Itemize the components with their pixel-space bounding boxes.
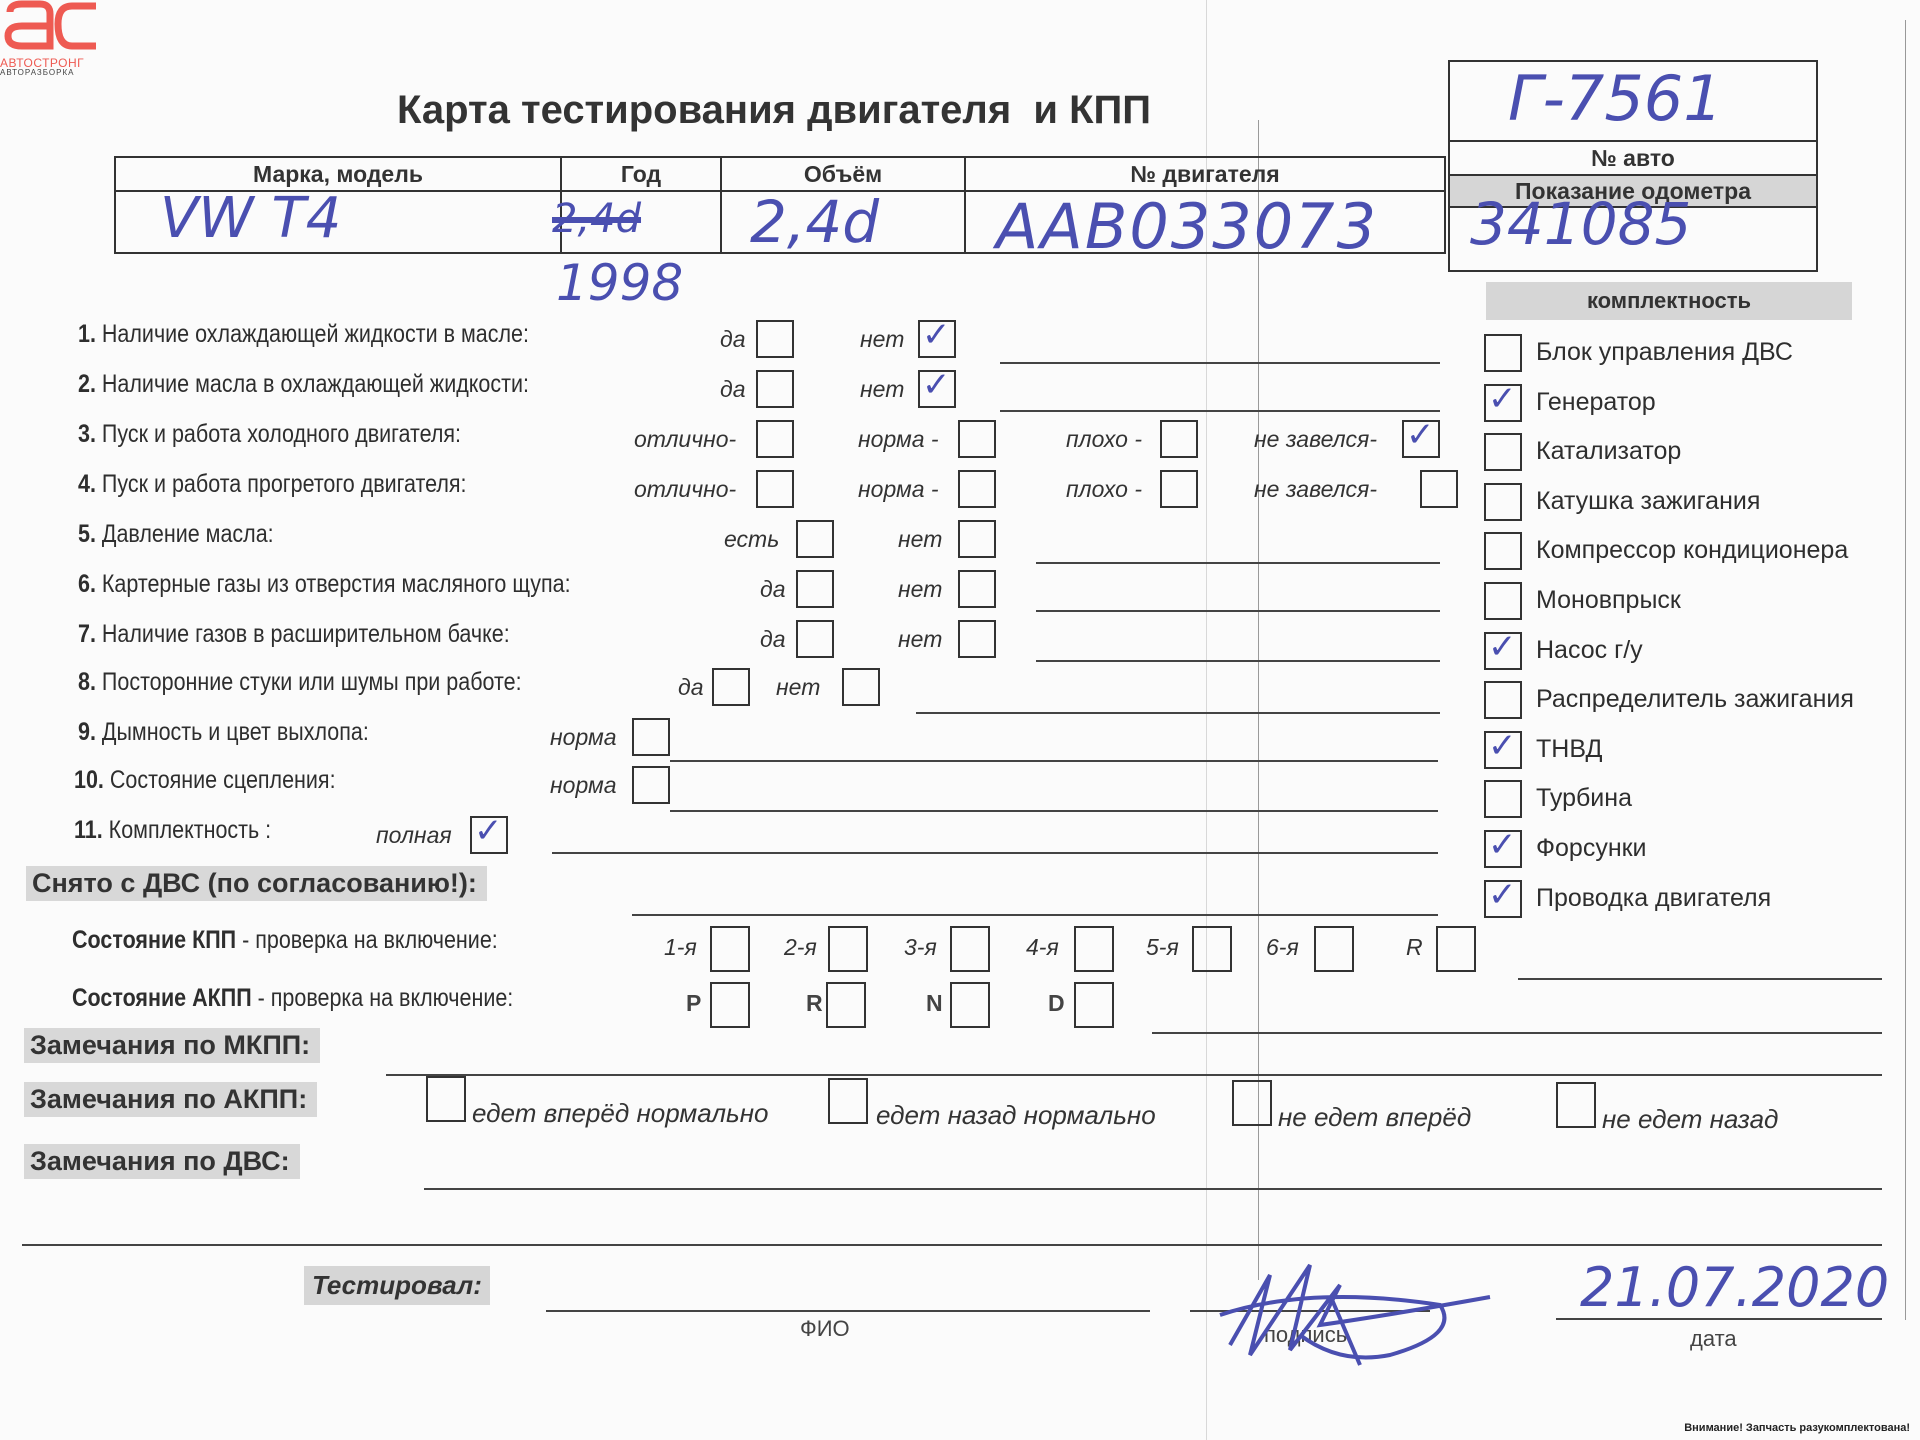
checkbox-8-2[interactable]	[842, 668, 880, 706]
completeness-item-label: ТНВД	[1536, 735, 1602, 764]
check-item-text: Наличие масла в охлаждающей жидкости:	[102, 370, 529, 398]
completeness-item-label: Катализатор	[1536, 437, 1681, 466]
completeness-checkbox[interactable]	[1484, 532, 1522, 570]
check-item-label: 8. Посторонние стуки или шумы при работе…	[78, 668, 522, 697]
option-label: да	[760, 576, 786, 603]
completeness-item-label: Компрессор кондиционера	[1536, 536, 1848, 565]
option-label: да	[678, 674, 704, 701]
check-item-label: 6. Картерные газы из отверстия масляного…	[78, 570, 571, 599]
check-item-label: 9. Дымность и цвет выхлопа:	[78, 718, 369, 747]
notes-line-1[interactable]	[1000, 362, 1440, 364]
checkmark-icon: ✓	[922, 318, 951, 352]
checkbox-10-1[interactable]	[632, 766, 670, 804]
completeness-checkbox[interactable]: ✓	[1484, 880, 1522, 918]
checkbox-2-1[interactable]	[756, 370, 794, 408]
year-value: 1998	[556, 254, 683, 312]
akpp-label: Состояние АКПП - проверка на включение:	[72, 984, 513, 1013]
check-item-number: 10.	[74, 766, 110, 794]
remarks-dvs-line-2[interactable]	[22, 1244, 1882, 1246]
option-label: плохо -	[1066, 426, 1142, 453]
check-item-label: 1. Наличие охлаждающей жидкости в масле:	[78, 320, 529, 349]
option-label: нет	[860, 376, 904, 403]
odometer-value: 341085	[1470, 190, 1691, 258]
checkbox-4-4[interactable]	[1420, 470, 1458, 508]
option-label: нет	[898, 576, 942, 603]
check-item-label: 2. Наличие масла в охлаждающей жидкости:	[78, 370, 529, 399]
kpp-gear-checkbox[interactable]	[710, 926, 750, 972]
checkmark-icon: ✓	[1488, 382, 1517, 416]
kpp-gear-label: 2-я	[784, 934, 817, 961]
akpp-remark-checkbox[interactable]	[1232, 1080, 1272, 1126]
remarks-dvs-heading: Замечания по ДВС:	[24, 1144, 300, 1179]
kpp-label: Состояние КПП - проверка на включение:	[72, 926, 498, 955]
completeness-item-label: Катушка зажигания	[1536, 487, 1760, 516]
option-label: плохо -	[1066, 476, 1142, 503]
option-label: норма -	[858, 426, 939, 453]
check-item-text: Состояние сцепления:	[110, 766, 336, 794]
kpp-notes-line[interactable]	[1518, 978, 1882, 980]
checkbox-3-2[interactable]	[958, 420, 996, 458]
checkbox-3-1[interactable]	[756, 420, 794, 458]
akpp-gear-label: R	[806, 990, 823, 1017]
completeness-checkbox[interactable]	[1484, 582, 1522, 620]
completeness-item-label: Генератор	[1536, 388, 1656, 417]
completeness-title: комплектность	[1486, 282, 1852, 320]
notes-line-2[interactable]	[1000, 410, 1440, 412]
check-item-number: 8.	[78, 668, 102, 696]
checkbox-7-2[interactable]	[958, 620, 996, 658]
checkbox-9-1[interactable]	[632, 718, 670, 756]
auto-number-value: Г-7561	[1508, 62, 1723, 135]
check-item-label: 5. Давление масла:	[78, 520, 274, 549]
engine-number-value: AAB033073	[996, 190, 1378, 263]
kpp-gear-checkbox[interactable]	[950, 926, 990, 972]
checkbox-3-3[interactable]	[1160, 420, 1198, 458]
checkmark-icon: ✓	[1488, 828, 1517, 862]
kpp-gear-checkbox[interactable]	[1314, 926, 1354, 972]
option-label: да	[760, 626, 786, 653]
check-item-text: Картерные газы из отверстия масляного щу…	[102, 570, 571, 598]
page-title: Карта тестирования двигателя и КПП	[397, 88, 1151, 133]
removed-parts-heading: Снято с ДВС (по согласованию!):	[26, 866, 487, 901]
completeness-item-label: Распределитель зажигания	[1536, 685, 1854, 714]
checkbox-2-2[interactable]: ✓	[918, 370, 956, 408]
footer-warning: Внимание! Запчасть разукомплектована!	[1684, 1422, 1910, 1434]
check-item-number: 9.	[78, 718, 102, 746]
check-item-label: 10. Состояние сцепления:	[74, 766, 336, 795]
checkbox-11-1[interactable]: ✓	[470, 816, 508, 854]
akpp-remark-label: едет назад нормально	[876, 1100, 1156, 1131]
option-label: есть	[724, 526, 779, 553]
akpp-gear-checkbox[interactable]	[1074, 982, 1114, 1028]
checkbox-3-4[interactable]: ✓	[1402, 420, 1440, 458]
check-item-text: Комплектность :	[109, 816, 271, 844]
check-item-number: 6.	[78, 570, 102, 598]
check-item-text: Давление масла:	[102, 520, 274, 548]
option-label: не завелся-	[1254, 476, 1377, 503]
checkbox-1-1[interactable]	[756, 320, 794, 358]
akpp-remark-checkbox[interactable]	[828, 1078, 868, 1124]
checkbox-6-1[interactable]	[796, 570, 834, 608]
kpp-gear-label: 1-я	[664, 934, 697, 961]
check-item-label: 7. Наличие газов в расширительном бачке:	[78, 620, 510, 649]
check-item-number: 5.	[78, 520, 102, 548]
remarks-dvs-line[interactable]	[424, 1188, 1882, 1190]
checkbox-6-2[interactable]	[958, 570, 996, 608]
checkmark-icon: ✓	[474, 814, 503, 848]
kpp-gear-checkbox[interactable]	[1436, 926, 1476, 972]
checkmark-icon: ✓	[1488, 878, 1517, 912]
check-item-text: Наличие охлаждающей жидкости в масле:	[102, 320, 529, 348]
option-label: да	[720, 376, 746, 403]
completeness-item-label: Форсунки	[1536, 834, 1647, 863]
signature-scribble	[1190, 1255, 1500, 1375]
option-label: нет	[898, 526, 942, 553]
akpp-gear-label: P	[686, 990, 701, 1017]
checkbox-5-1[interactable]	[796, 520, 834, 558]
option-label: не завелся-	[1254, 426, 1377, 453]
notes-line-7[interactable]	[1036, 660, 1440, 662]
akpp-remark-label: не едет вперёд	[1278, 1102, 1471, 1133]
option-label: норма -	[858, 476, 939, 503]
akpp-gear-label: N	[926, 990, 943, 1017]
completeness-item-label: Насос г/у	[1536, 636, 1643, 665]
notes-line-11[interactable]	[552, 852, 1438, 854]
kpp-gear-label: 4-я	[1026, 934, 1059, 961]
kpp-gear-checkbox[interactable]	[1192, 926, 1232, 972]
completeness-item-label: Блок управления ДВС	[1536, 338, 1793, 367]
notes-line-5[interactable]	[1036, 562, 1440, 564]
akpp-remark-label: не едет назад	[1602, 1104, 1778, 1135]
completeness-checkbox[interactable]	[1484, 334, 1522, 372]
checkbox-4-1[interactable]	[756, 470, 794, 508]
completeness-checkbox[interactable]: ✓	[1484, 830, 1522, 868]
model-value: VW T4	[160, 186, 341, 251]
notes-line-10[interactable]	[670, 810, 1438, 812]
akpp-gear-checkbox[interactable]	[826, 982, 866, 1028]
checkmark-icon: ✓	[1488, 729, 1517, 763]
kpp-gear-label: R	[1406, 934, 1423, 961]
akpp-remark-checkbox[interactable]	[426, 1076, 466, 1122]
year-crossed-value: 2,4d	[552, 196, 641, 242]
check-item-text: Пуск и работа холодного двигателя:	[102, 420, 461, 448]
kpp-gear-label: 5-я	[1146, 934, 1179, 961]
removed-parts-line[interactable]	[632, 914, 1438, 916]
check-item-label: 4. Пуск и работа прогретого двигателя:	[78, 470, 467, 499]
kpp-gear-label: 6-я	[1266, 934, 1299, 961]
option-label: отлично-	[634, 476, 736, 503]
completeness-item-label: Моновпрыск	[1536, 586, 1681, 615]
completeness-checkbox[interactable]	[1484, 780, 1522, 818]
checkmark-icon: ✓	[1488, 630, 1517, 664]
notes-line-9[interactable]	[670, 760, 1438, 762]
date-label: дата	[1690, 1326, 1737, 1352]
logo-icon	[2, 0, 100, 56]
option-label: нет	[898, 626, 942, 653]
checkbox-1-2[interactable]: ✓	[918, 320, 956, 358]
check-item-label: 3. Пуск и работа холодного двигателя:	[78, 420, 461, 449]
check-item-number: 11.	[74, 816, 109, 844]
remarks-mkpp-line[interactable]	[386, 1074, 1882, 1076]
completeness-checkbox[interactable]	[1484, 483, 1522, 521]
check-item-text: Пуск и работа прогретого двигателя:	[102, 470, 467, 498]
check-item-number: 7.	[78, 620, 102, 648]
remarks-mkpp-heading: Замечания по МКПП:	[24, 1028, 320, 1063]
column-header: Объём	[721, 157, 965, 191]
option-label: норма	[550, 724, 617, 751]
check-item-number: 1.	[78, 320, 102, 348]
remarks-akpp-heading: Замечания по АКПП:	[24, 1082, 317, 1117]
column-header: № двигателя	[965, 157, 1445, 191]
column-header: Год	[561, 157, 721, 191]
scan-edge	[1905, 20, 1906, 1320]
check-item-number: 3.	[78, 420, 102, 448]
akpp-gear-label: D	[1048, 990, 1065, 1017]
akpp-notes-line[interactable]	[1152, 1032, 1882, 1034]
akpp-remark-label: едет вперёд нормально	[472, 1098, 768, 1129]
checkbox-7-1[interactable]	[796, 620, 834, 658]
checkmark-icon: ✓	[922, 368, 951, 402]
checkbox-4-3[interactable]	[1160, 470, 1198, 508]
notes-line-8[interactable]	[916, 712, 1440, 714]
option-label: норма	[550, 772, 617, 799]
checkbox-8-1[interactable]	[712, 668, 750, 706]
date-value: 21.07.2020	[1580, 1256, 1889, 1319]
completeness-item-label: Проводка двигателя	[1536, 884, 1771, 913]
kpp-gear-checkbox[interactable]	[1074, 926, 1114, 972]
logo-tagline: АВТОРАЗБОРКА	[0, 68, 74, 77]
notes-line-6[interactable]	[1036, 610, 1440, 612]
completeness-checkbox[interactable]	[1484, 433, 1522, 471]
auto-number-label: № авто	[1450, 140, 1816, 174]
akpp-gear-checkbox[interactable]	[950, 982, 990, 1028]
checkbox-4-2[interactable]	[958, 470, 996, 508]
option-label: да	[720, 326, 746, 353]
option-label: отлично-	[634, 426, 736, 453]
check-item-label: 11. Комплектность :	[74, 816, 271, 845]
completeness-checkbox[interactable]: ✓	[1484, 632, 1522, 670]
check-item-text: Дымность и цвет выхлопа:	[102, 718, 369, 746]
completeness-checkbox[interactable]: ✓	[1484, 731, 1522, 769]
tested-by-label: Тестировал:	[304, 1266, 490, 1305]
option-label: нет	[860, 326, 904, 353]
completeness-checkbox[interactable]: ✓	[1484, 384, 1522, 422]
akpp-gear-checkbox[interactable]	[710, 982, 750, 1028]
completeness-item-label: Турбина	[1536, 784, 1632, 813]
akpp-remark-checkbox[interactable]	[1556, 1082, 1596, 1128]
check-item-number: 4.	[78, 470, 102, 498]
kpp-gear-label: 3-я	[904, 934, 937, 961]
kpp-gear-checkbox[interactable]	[828, 926, 868, 972]
option-label: нет	[776, 674, 820, 701]
fio-line[interactable]	[546, 1310, 1150, 1312]
fio-label: ФИО	[800, 1316, 850, 1342]
completeness-checkbox[interactable]	[1484, 681, 1522, 719]
volume-value: 2,4d	[750, 188, 879, 256]
checkbox-5-2[interactable]	[958, 520, 996, 558]
check-item-text: Посторонние стуки или шумы при работе:	[102, 668, 522, 696]
checkmark-icon: ✓	[1406, 418, 1435, 452]
option-label: полная	[376, 822, 452, 849]
check-item-text: Наличие газов в расширительном бачке:	[102, 620, 510, 648]
check-item-number: 2.	[78, 370, 102, 398]
